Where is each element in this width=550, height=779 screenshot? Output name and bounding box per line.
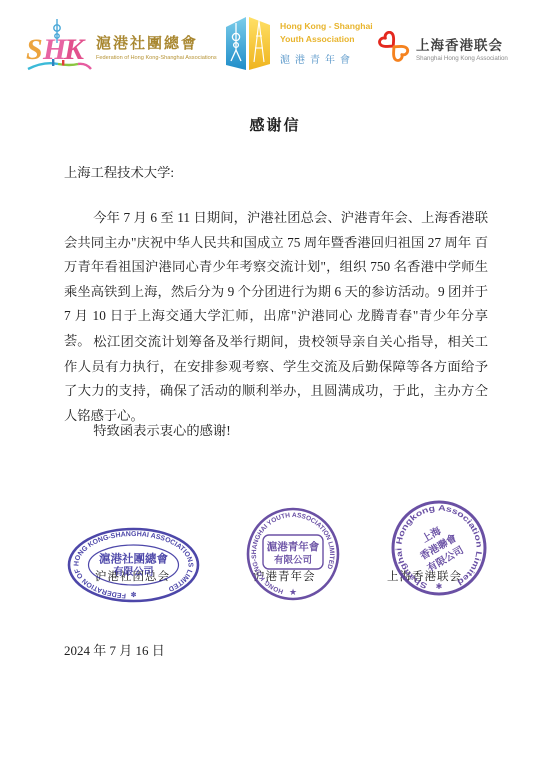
paragraph-3: 特致函表示衷心的感谢!	[64, 419, 488, 444]
seal2-center-line2: 有限公司	[274, 554, 312, 566]
youth-en-line1: Hong Kong - Shanghai	[280, 20, 373, 33]
youth-association-towers-icon	[224, 12, 272, 74]
letter-page: S H K 滬港社團總會 Federation of Hong Kong-Sha…	[0, 0, 550, 779]
youth-en-line2: Youth Association	[280, 33, 373, 46]
seal2-star-icon: ★	[289, 587, 297, 597]
seal1-center-line2: 有限公司	[114, 565, 154, 578]
youth-cn-name: 滬港青年會	[280, 51, 373, 66]
shka-seal-stamp: Shanghai Hongkong Association Limited 上海…	[390, 499, 488, 597]
svg-text:S: S	[26, 33, 43, 66]
shka-en-name: Shanghai Hong Kong Association	[416, 55, 508, 62]
svg-text:K: K	[63, 33, 86, 66]
federation-seal-stamp: FEDERATION OF HONG KONG-SHANGHAI ASSOCIA…	[66, 526, 201, 604]
seal1-center-line1: 滬港社團總會	[99, 552, 168, 566]
salutation: 上海工程技术大学:	[64, 161, 488, 186]
youth-seal-stamp: HONG KONG-SHANGHAI YOUTH ASSOCIATION LIM…	[246, 507, 340, 601]
federation-cn-name: 滬港社團總會	[96, 32, 217, 53]
letter-title: 感谢信	[0, 114, 550, 135]
shk-monogram-icon: S H K	[26, 17, 92, 75]
seal1-flower-icon: ✽	[131, 591, 137, 599]
shka-cn-name: 上海香港联会	[416, 34, 508, 54]
logo-shanghai-hk-association: 上海香港联会 Shanghai Hong Kong Association	[378, 31, 508, 65]
interlocking-hearts-icon	[378, 31, 410, 65]
seal3-asterisk-icon: ✱	[436, 582, 443, 591]
seal2-center-line1: 滬港青年會	[267, 540, 320, 553]
paragraph-2: 松江团交流计划筹备及举行期间，贵校领导亲自关心指导，相关工作人员有力执行，在安排…	[64, 330, 488, 428]
federation-en-name: Federation of Hong Kong-Shanghai Associa…	[96, 55, 217, 61]
letter-date: 2024 年 7 月 16 日	[64, 640, 165, 659]
logo-federation: S H K 滬港社團總會 Federation of Hong Kong-Sha…	[26, 17, 217, 75]
logo-youth-association: Hong Kong - Shanghai Youth Association 滬…	[224, 12, 373, 74]
